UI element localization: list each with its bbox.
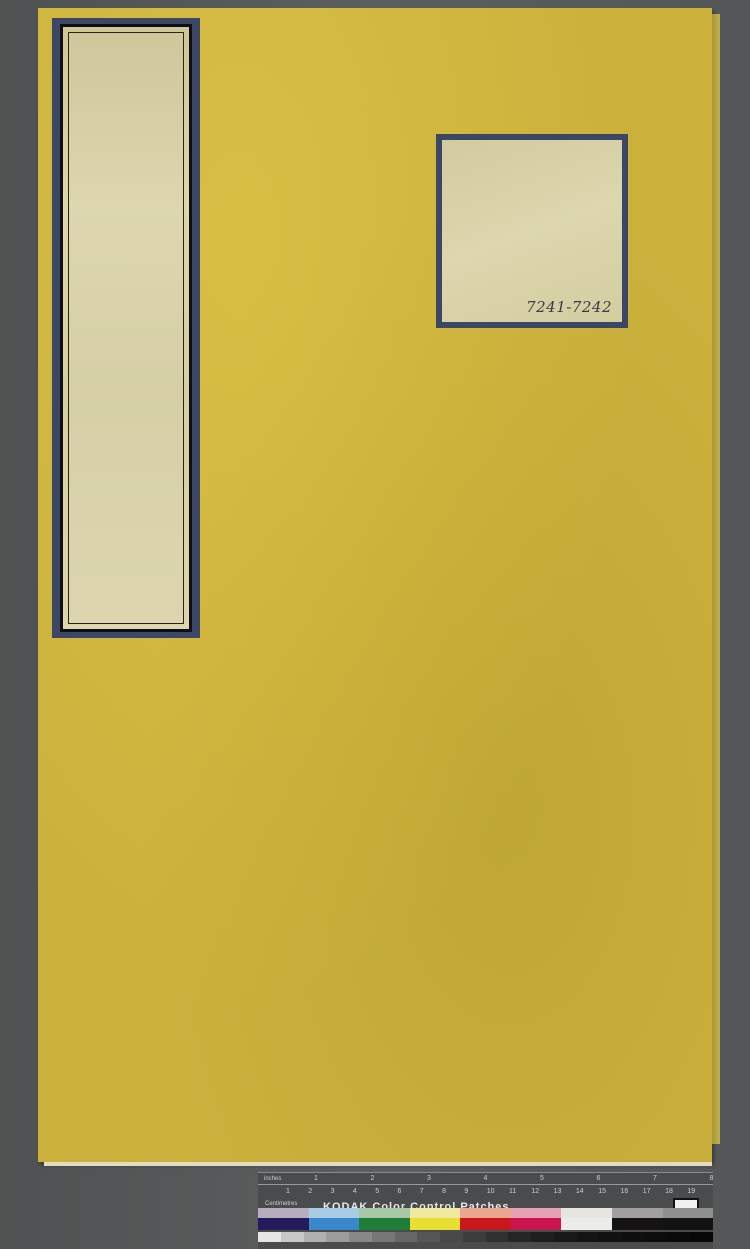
inch-mark: 8 xyxy=(710,1175,714,1182)
color-patch xyxy=(460,1218,511,1230)
color-patch xyxy=(410,1218,461,1230)
color-patch xyxy=(309,1218,360,1230)
color-patch xyxy=(612,1208,663,1218)
color-patch xyxy=(663,1208,714,1218)
color-patch xyxy=(668,1232,691,1242)
color-patch xyxy=(326,1232,349,1242)
color-patch xyxy=(258,1232,281,1242)
cm-mark: 16 xyxy=(621,1188,629,1195)
color-patch xyxy=(460,1208,511,1218)
color-patch xyxy=(531,1232,554,1242)
cm-mark: 3 xyxy=(331,1188,335,1195)
inch-mark: 7 xyxy=(653,1175,657,1182)
color-patch xyxy=(349,1232,372,1242)
inch-mark: 6 xyxy=(597,1175,601,1182)
inch-mark: 4 xyxy=(484,1175,488,1182)
color-patch xyxy=(359,1208,410,1218)
cm-mark: 2 xyxy=(308,1188,312,1195)
book-fore-edge xyxy=(712,14,720,1144)
color-patch xyxy=(511,1218,562,1230)
inches-label: inches xyxy=(264,1176,281,1182)
inch-mark: 1 xyxy=(314,1175,318,1182)
label-box: 7241-7242 xyxy=(436,134,628,328)
color-patch xyxy=(622,1232,645,1242)
color-patch xyxy=(511,1208,562,1218)
cm-mark: 15 xyxy=(598,1188,606,1195)
color-patch xyxy=(304,1232,327,1242)
cm-mark: 5 xyxy=(375,1188,379,1195)
color-patch xyxy=(612,1218,663,1230)
cm-mark: 7 xyxy=(420,1188,424,1195)
top-patch-row xyxy=(258,1208,713,1218)
color-patch xyxy=(309,1208,360,1218)
color-patch xyxy=(645,1232,668,1242)
centimetres-label: Centimetres xyxy=(265,1201,297,1207)
cm-mark: 17 xyxy=(643,1188,651,1195)
color-patch xyxy=(410,1208,461,1218)
color-patch xyxy=(690,1232,713,1242)
color-patch xyxy=(554,1232,577,1242)
cm-mark: 14 xyxy=(576,1188,584,1195)
cm-mark: 4 xyxy=(353,1188,357,1195)
color-patch xyxy=(508,1232,531,1242)
color-patch xyxy=(440,1232,463,1242)
color-patch xyxy=(561,1208,612,1218)
color-patch xyxy=(577,1232,600,1242)
cm-mark: 18 xyxy=(665,1188,673,1195)
book-cover: 7241-7242 xyxy=(38,8,712,1162)
color-patch xyxy=(281,1232,304,1242)
cm-mark: 12 xyxy=(531,1188,539,1195)
cm-mark: 19 xyxy=(687,1188,695,1195)
color-patch xyxy=(561,1218,612,1230)
color-patch xyxy=(359,1218,410,1230)
bottom-patch-row xyxy=(258,1218,713,1230)
color-patch xyxy=(599,1232,622,1242)
color-patch xyxy=(463,1232,486,1242)
title-slip-paper xyxy=(63,27,189,629)
cm-mark: 8 xyxy=(442,1188,446,1195)
color-patch xyxy=(417,1232,440,1242)
ruler: inches 12345678 123456789101112131415161… xyxy=(258,1172,713,1202)
cm-mark: 1 xyxy=(286,1188,290,1195)
inch-mark: 3 xyxy=(427,1175,431,1182)
inch-mark: 5 xyxy=(540,1175,544,1182)
cm-mark: 9 xyxy=(464,1188,468,1195)
color-patch xyxy=(663,1218,714,1230)
label-paper: 7241-7242 xyxy=(442,140,622,322)
cm-mark: 13 xyxy=(554,1188,562,1195)
color-patch xyxy=(395,1232,418,1242)
cm-mark: 6 xyxy=(398,1188,402,1195)
inch-mark: 2 xyxy=(371,1175,375,1182)
cm-mark: 10 xyxy=(487,1188,495,1195)
handwritten-volume-number: 7241-7242 xyxy=(526,298,612,316)
kodak-brand-text: KODAK Color Control Patches xyxy=(323,1199,510,1208)
color-patch xyxy=(258,1208,309,1218)
color-patch xyxy=(372,1232,395,1242)
title-slip-frame xyxy=(68,32,184,624)
cm-mark: 11 xyxy=(509,1188,516,1195)
color-patch xyxy=(486,1232,509,1242)
color-patch xyxy=(258,1218,309,1230)
gray-scale-row xyxy=(258,1232,713,1242)
color-patches xyxy=(258,1208,713,1249)
title-slip xyxy=(52,18,200,638)
kodak-color-target: inches 12345678 123456789101112131415161… xyxy=(258,1172,713,1249)
